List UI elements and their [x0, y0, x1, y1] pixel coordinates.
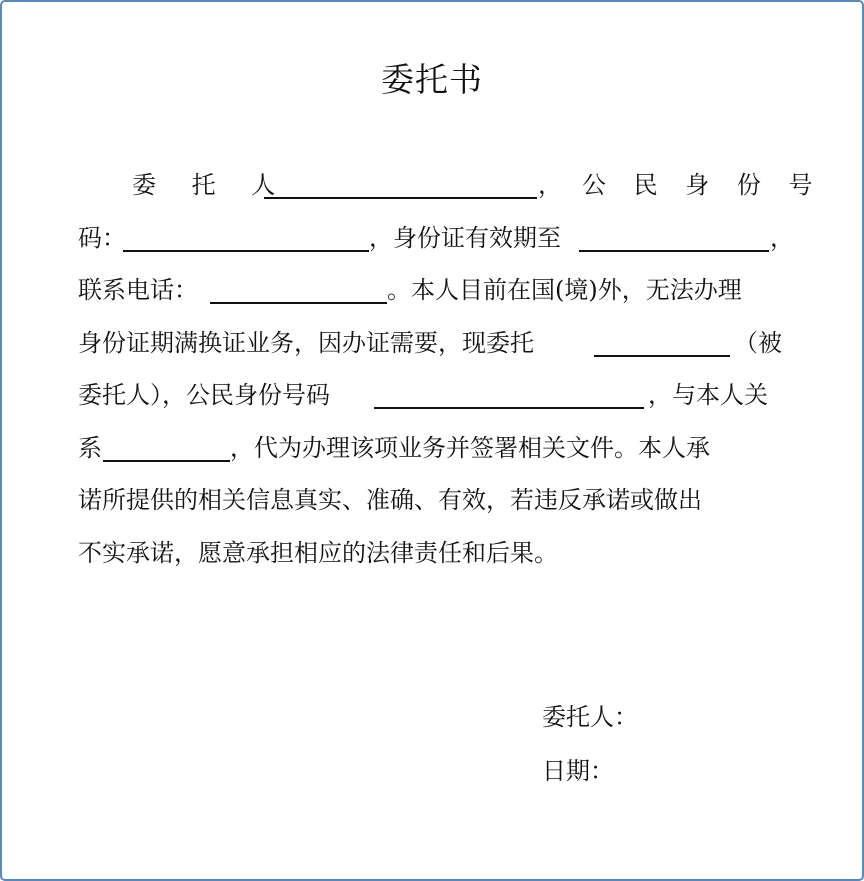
- label-agent-id-number: 委托人），公民身份号码: [78, 380, 330, 410]
- body-line-3: 联系电话： 。本人目前在国(境)外，无法办理: [78, 275, 785, 315]
- body-line-6: 系 ，代为办理该项业务并签署相关文件。本人承: [78, 433, 785, 473]
- text-abroad-statement: 。本人目前在国(境)外，无法办理: [387, 275, 742, 305]
- body-line-1: 委 托 人 ， 公 民 身 份 号: [78, 170, 785, 210]
- body-line-2: 码： ，身份证有效期至 ，: [78, 223, 785, 263]
- id-valid-until-field[interactable]: [579, 250, 769, 252]
- principal-id-number-field[interactable]: [123, 250, 369, 252]
- text-authorization: ，代为办理该项业务并签署相关文件。本人承: [230, 433, 710, 463]
- label-id-number-part2: 码：: [78, 223, 126, 253]
- comma: ，: [538, 170, 562, 200]
- agent-id-number-field[interactable]: [374, 407, 644, 409]
- body-line-7: 诺所提供的相关信息真实、准确、有效，若违反承诺或做出: [78, 485, 785, 525]
- agent-name-field[interactable]: [594, 355, 730, 357]
- text-liability: 不实承诺，愿意承担相应的法律责任和后果。: [78, 538, 558, 568]
- text-commitment: 诺所提供的相关信息真实、准确、有效，若违反承诺或做出: [78, 485, 702, 515]
- comma: ，: [770, 223, 794, 253]
- signature-principal-label: 委托人：: [542, 702, 638, 732]
- document-title: 委托书: [2, 54, 862, 101]
- label-principal: 委 托 人: [132, 170, 289, 200]
- label-id-valid-until: ，身份证有效期至: [369, 223, 561, 253]
- label-id-number-part1: 公 民 身 份 号: [582, 170, 823, 200]
- body-line-5: 委托人），公民身份号码 ，与本人关: [78, 380, 785, 420]
- label-agent: （被: [734, 328, 782, 358]
- body-line-4: 身份证期满换证业务，因办证需要，现委托 （被: [78, 328, 785, 368]
- relationship-field[interactable]: [103, 460, 230, 462]
- body-line-8: 不实承诺，愿意承担相应的法律责任和后果。: [78, 538, 785, 578]
- document-page: 委托书 委 托 人 ， 公 民 身 份 号 码： ，身份证有效期至 ， 联系电话…: [0, 0, 864, 881]
- phone-field[interactable]: [210, 302, 387, 304]
- label-relationship-part2: 系: [78, 433, 102, 463]
- signature-date-label: 日期：: [542, 756, 614, 786]
- label-relationship-part1: ，与本人关: [648, 380, 768, 410]
- label-phone: 联系电话：: [78, 275, 198, 305]
- text-entrust-statement: 身份证期满换证业务，因办证需要，现委托: [78, 328, 534, 358]
- principal-name-field[interactable]: [264, 197, 537, 199]
